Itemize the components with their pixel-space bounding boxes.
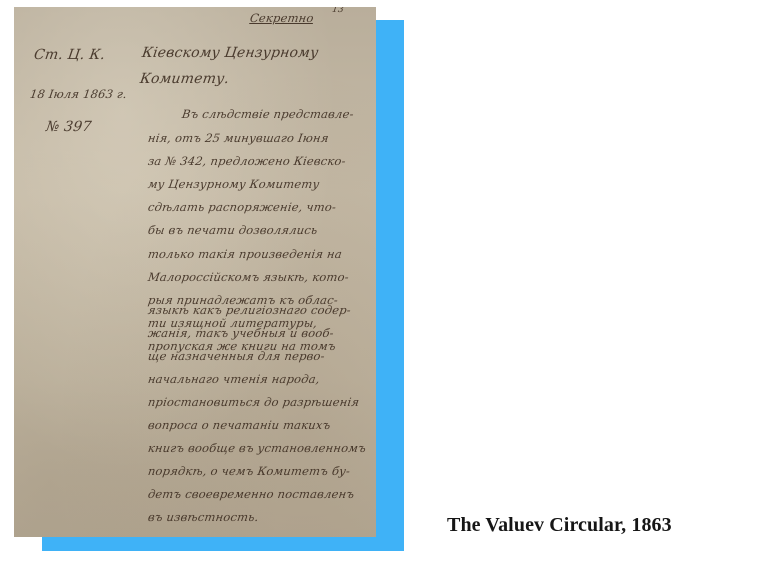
body-line: въ извѣстность. [147, 510, 260, 524]
secret-stamp: Секретно [249, 11, 315, 25]
body-line: за № 342, предложено Кіевско- [147, 154, 347, 168]
body-line: сдѣлать распоряженіе, что- [147, 200, 337, 214]
margin-office: Ст. Ц. К. [33, 47, 106, 63]
body-line: вопроса о печатаніи такихъ [147, 418, 331, 432]
image-caption: The Valuev Circular, 1863 [447, 514, 672, 537]
body-line: детъ своевременно поставленъ [147, 487, 355, 501]
margin-date: 18 Іюля 1863 г. [29, 87, 128, 101]
body-line: только такія произведенія на [147, 247, 343, 261]
body-line: му Цензурному Комитету [147, 177, 320, 191]
document-photo: Секретно 13 Ст. Ц. К. 18 Іюля 1863 г. № … [14, 7, 376, 537]
body-line: ще назначенныя для перво- [147, 349, 326, 363]
body-line: нія, отъ 25 минувшаго Іюня [147, 131, 330, 145]
addressee-line-1: Кіевскому Цензурному [141, 45, 320, 61]
body-line: Въ слѣдствіе представле- [181, 107, 355, 121]
body-line: Малороссійскомъ языкѣ, кото- [147, 270, 350, 284]
body-line: начальнаго чтенія народа, [147, 372, 321, 386]
addressee-line-2: Комитету. [139, 71, 230, 87]
body-line: порядкѣ, о чемъ Комитетъ бу- [147, 464, 351, 478]
body-line: языкѣ какъ религіознаго содер- [147, 303, 352, 317]
corner-mark: 13 [331, 7, 344, 15]
body-line: жанія, такъ учебныя и вооб- [147, 326, 335, 340]
body-line: бы въ печати дозволялись [147, 223, 318, 237]
body-line: книгъ вообще въ установленномъ [147, 441, 367, 455]
body-line: пріостановиться до разрѣшенія [147, 395, 360, 409]
margin-number: № 397 [45, 119, 93, 135]
